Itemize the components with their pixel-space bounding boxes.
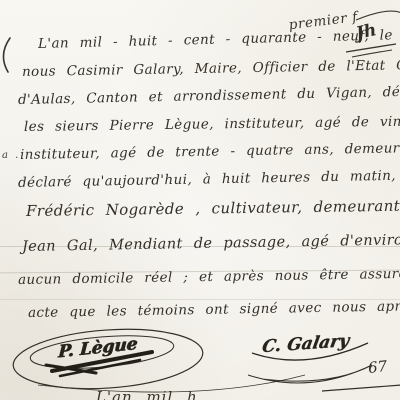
manuscript-line-5: instituteur, agé de trente - quatre ans,…: [20, 138, 400, 163]
manuscript-line-8: Jean Gal, Mendiant de passage, agé d'env…: [22, 231, 400, 255]
margin-mark: a .: [2, 150, 20, 161]
manuscript-line-9: aucun domicile réel ; et après nous être…: [18, 263, 400, 288]
page-number: 67: [367, 357, 388, 377]
manuscript-page: premier f Jh a . L'an mil - huit - cent …: [0, 0, 400, 400]
manuscript-line-7: Frédéric Nogarède , cultivateur, demeura…: [26, 195, 400, 220]
next-act-fragment: L'an mil h: [96, 388, 198, 400]
manuscript-line-6: déclaré qu'aujourd'hui, à huit heures du…: [18, 165, 400, 191]
